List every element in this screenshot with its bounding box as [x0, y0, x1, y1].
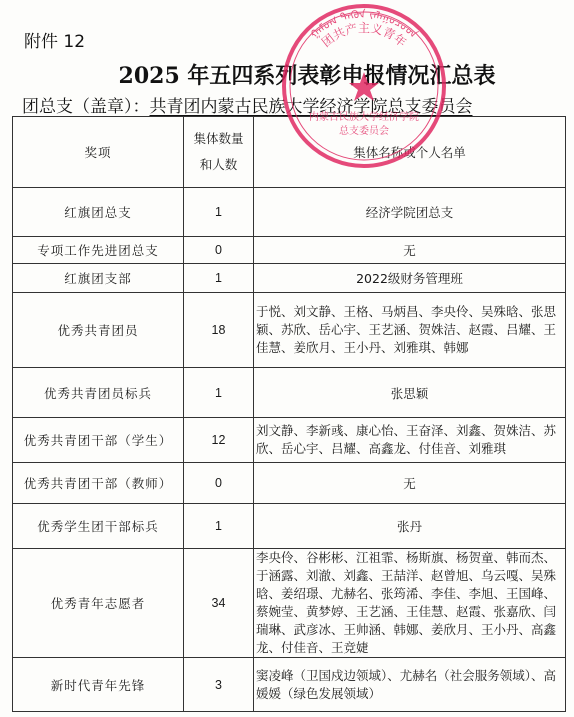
table-row: 专项工作先进团总支 0 无 — [13, 237, 566, 264]
count-cell: 1 — [184, 504, 254, 549]
org-name: 共青团内蒙古民族大学经济学院总支委员会 — [150, 97, 473, 117]
stamp-outer-text: ᠭᠠᠮᠤᠬ ᠲᠡᠭᠦᠨ ᠵᠠᠯᠠᠭᠤᠴᠤᠳ — [308, 8, 420, 41]
award-cell: 优秀共青团干部（学生） — [13, 418, 184, 463]
header-count: 集体数量 和人数 — [184, 117, 254, 188]
count-cell: 12 — [184, 418, 254, 463]
count-cell: 0 — [184, 463, 254, 504]
table-row: 红旗团总支 1 经济学院团总支 — [13, 188, 566, 237]
header-names: 集体名称或个人名单 — [254, 117, 566, 188]
table-row: 优秀共青团干部（教师） 0 无 — [13, 463, 566, 504]
award-cell: 优秀共青团员 — [13, 293, 184, 368]
award-cell: 红旗团总支 — [13, 188, 184, 237]
organization-line: 团总支（盖章）：共青团内蒙古民族大学经济学院总支委员会 — [22, 92, 473, 117]
count-cell: 1 — [184, 188, 254, 237]
award-cell: 优秀青年志愿者 — [13, 549, 184, 658]
header-award: 奖项 — [13, 117, 184, 188]
header-count-line1: 集体数量 — [186, 126, 251, 152]
names-cell: 无 — [254, 463, 566, 504]
names-cell: 张思颖 — [254, 368, 566, 418]
summary-table: 奖项 集体数量 和人数 集体名称或个人名单 红旗团总支 1 经济学院团总支 专项… — [12, 116, 566, 712]
attachment-label: 附件 12 — [24, 27, 85, 52]
award-cell: 红旗团支部 — [13, 264, 184, 293]
svg-text:ᠭᠠᠮᠤᠬ ᠲᠡᠭᠦᠨ ᠵᠠᠯᠠᠭᠤᠴᠤᠳ: ᠭᠠᠮᠤᠬ ᠲᠡᠭᠦᠨ ᠵᠠᠯᠠᠭᠤᠴᠤᠳ — [308, 8, 420, 41]
stamp-top-text: 团共产主义青年 — [319, 20, 410, 49]
table-row: 优秀共青团员标兵 1 张思颖 — [13, 368, 566, 418]
award-cell: 优秀学生团干部标兵 — [13, 504, 184, 549]
table-row: 优秀共青团干部（学生） 12 刘文静、李新彧、康心怡、王奋泽、刘鑫、贺姝洁、苏欣… — [13, 418, 566, 463]
names-cell: 于悦、刘文静、王格、马炳昌、李央伶、吴殊晗、张思颖、苏欣、岳心宇、王艺涵、贺姝洁… — [254, 293, 566, 368]
award-cell: 专项工作先进团总支 — [13, 237, 184, 264]
names-cell: 窦凌峰（卫国戍边领域）、尤赫名（社会服务领域）、高媛媛（绿色发展领域） — [254, 658, 566, 712]
count-cell: 3 — [184, 658, 254, 712]
document-title: 2025 年五四系列表彰申报情况汇总表 — [0, 59, 574, 90]
org-label: 团总支（盖章）： — [22, 97, 150, 117]
count-cell: 1 — [184, 264, 254, 293]
count-cell: 18 — [184, 293, 254, 368]
award-cell: 优秀共青团干部（教师） — [13, 463, 184, 504]
names-cell: 刘文静、李新彧、康心怡、王奋泽、刘鑫、贺姝洁、苏欣、岳心宇、吕耀、高鑫龙、付佳音… — [254, 418, 566, 463]
count-cell: 0 — [184, 237, 254, 264]
names-cell: 张丹 — [254, 504, 566, 549]
table-row: 优秀学生团干部标兵 1 张丹 — [13, 504, 566, 549]
award-cell: 优秀共青团员标兵 — [13, 368, 184, 418]
header-count-line2: 和人数 — [186, 152, 251, 178]
table-row: 优秀青年志愿者 34 李央伶、谷彬彬、江祖霏、杨斯旗、杨贺童、韩而杰、于涵露、刘… — [13, 549, 566, 658]
names-cell: 无 — [254, 237, 566, 264]
names-cell: 经济学院团总支 — [254, 188, 566, 237]
names-cell: 2022级财务管理班 — [254, 264, 566, 293]
names-cell: 李央伶、谷彬彬、江祖霏、杨斯旗、杨贺童、韩而杰、于涵露、刘澈、刘鑫、王喆洋、赵曾… — [254, 549, 566, 658]
svg-text:团共产主义青年: 团共产主义青年 — [319, 20, 410, 49]
count-cell: 1 — [184, 368, 254, 418]
table-row: 优秀共青团员 18 于悦、刘文静、王格、马炳昌、李央伶、吴殊晗、张思颖、苏欣、岳… — [13, 293, 566, 368]
table-header-row: 奖项 集体数量 和人数 集体名称或个人名单 — [13, 117, 566, 188]
table-row: 新时代青年先锋 3 窦凌峰（卫国戍边领域）、尤赫名（社会服务领域）、高媛媛（绿色… — [13, 658, 566, 712]
table-row: 红旗团支部 1 2022级财务管理班 — [13, 264, 566, 293]
count-cell: 34 — [184, 549, 254, 658]
award-cell: 新时代青年先锋 — [13, 658, 184, 712]
